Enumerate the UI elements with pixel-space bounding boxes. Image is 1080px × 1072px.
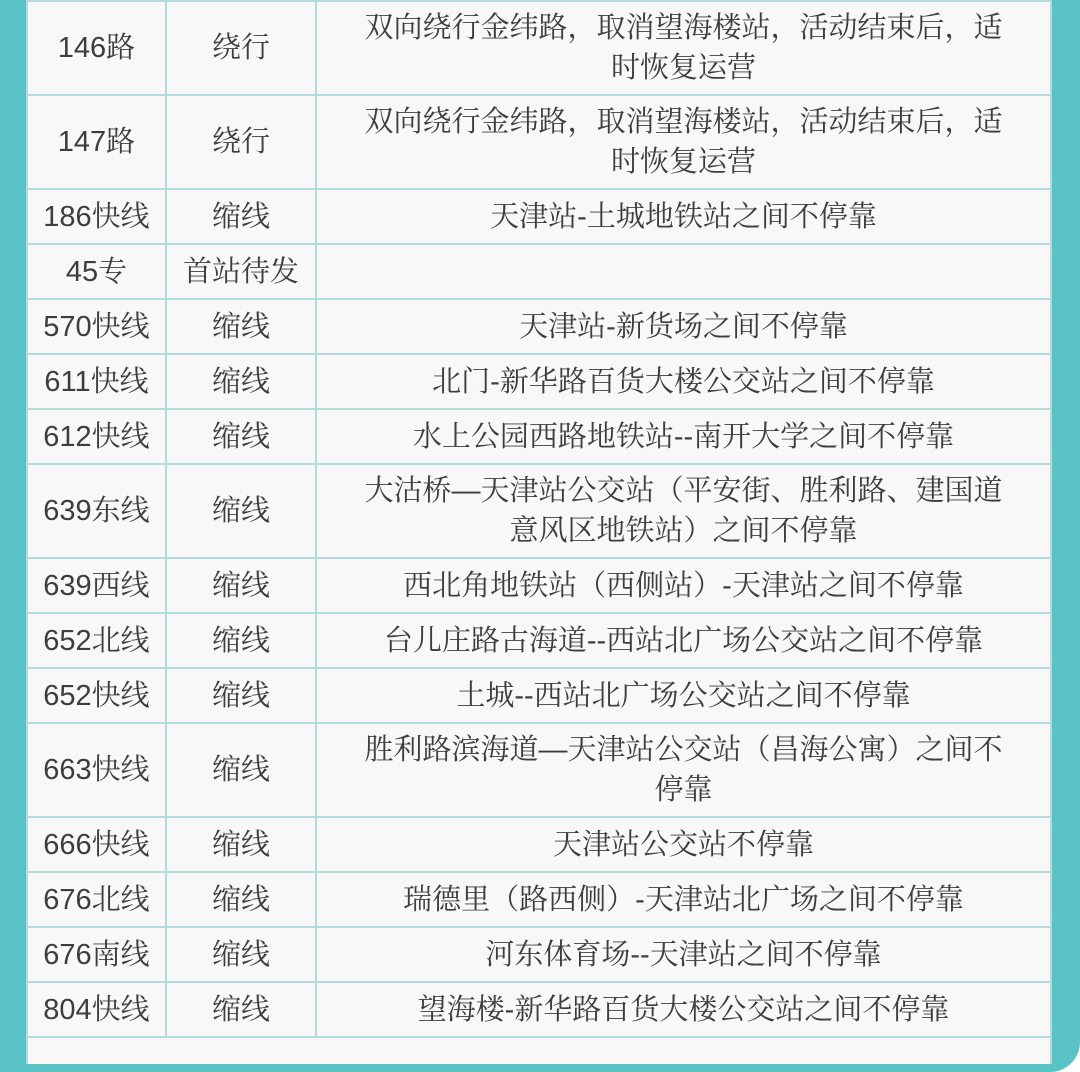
adjustment-cell: 缩线 [167,465,317,557]
description-cell: 西北角地铁站（西侧站）-天津站之间不停靠 [317,559,1050,612]
table-row: 639东线 缩线 大沽桥—天津站公交站（平安街、胜利路、建国道 意风区地铁站）之… [28,465,1050,559]
adjustment-cell: 缩线 [167,669,317,722]
adjustment-cell: 缩线 [167,724,317,816]
adjustment-cell: 缩线 [167,190,317,243]
table-row: 570快线 缩线 天津站-新货场之间不停靠 [28,300,1050,355]
description-cell: 大沽桥—天津站公交站（平安街、胜利路、建国道 意风区地铁站）之间不停靠 [317,465,1050,557]
route-cell: 639东线 [28,465,167,557]
adjustment-cell: 缩线 [167,300,317,353]
table-row: 146路 绕行 双向绕行金纬路，取消望海楼站，活动结束后，适 时恢复运营 [28,2,1050,96]
route-cell: 663快线 [28,724,167,816]
bus-route-adjustment-table: 146路 绕行 双向绕行金纬路，取消望海楼站，活动结束后，适 时恢复运营 147… [26,0,1052,1064]
adjustment-cell: 绕行 [167,96,317,188]
route-cell: 676北线 [28,873,167,926]
description-cell: 天津站公交站不停靠 [317,818,1050,871]
route-cell: 652北线 [28,614,167,667]
description-cell: 双向绕行金纬路，取消望海楼站，活动结束后，适 时恢复运营 [317,96,1050,188]
adjustment-cell: 缩线 [167,614,317,667]
adjustment-cell: 缩线 [167,928,317,981]
route-cell: 147路 [28,96,167,188]
description-cell: 天津站-土城地铁站之间不停靠 [317,190,1050,243]
table-row: 639西线 缩线 西北角地铁站（西侧站）-天津站之间不停靠 [28,559,1050,614]
table-row: 186快线 缩线 天津站-土城地铁站之间不停靠 [28,190,1050,245]
table-row: 147路 绕行 双向绕行金纬路，取消望海楼站，活动结束后，适 时恢复运营 [28,96,1050,190]
description-cell: 水上公园西路地铁站--南开大学之间不停靠 [317,410,1050,463]
adjustment-cell: 缩线 [167,983,317,1036]
adjustment-cell: 缩线 [167,818,317,871]
table-row: 666快线 缩线 天津站公交站不停靠 [28,818,1050,873]
route-cell: 186快线 [28,190,167,243]
route-cell: 611快线 [28,355,167,408]
description-cell: 双向绕行金纬路，取消望海楼站，活动结束后，适 时恢复运营 [317,2,1050,94]
route-cell: 676南线 [28,928,167,981]
table-row: 611快线 缩线 北门-新华路百货大楼公交站之间不停靠 [28,355,1050,410]
notice-page: 146路 绕行 双向绕行金纬路，取消望海楼站，活动结束后，适 时恢复运营 147… [0,0,1080,1072]
route-cell: 666快线 [28,818,167,871]
table-row: 676南线 缩线 河东体育场--天津站之间不停靠 [28,928,1050,983]
table-row: 45专 首站待发 [28,245,1050,300]
description-cell: 瑞德里（路西侧）-天津站北广场之间不停靠 [317,873,1050,926]
route-cell: 570快线 [28,300,167,353]
adjustment-cell: 缩线 [167,410,317,463]
description-cell: 望海楼-新华路百货大楼公交站之间不停靠 [317,983,1050,1036]
route-cell: 146路 [28,2,167,94]
route-cell: 45专 [28,245,167,298]
route-cell: 639西线 [28,559,167,612]
table-row: 676北线 缩线 瑞德里（路西侧）-天津站北广场之间不停靠 [28,873,1050,928]
adjustment-cell: 首站待发 [167,245,317,298]
adjustment-cell: 缩线 [167,873,317,926]
description-cell: 土城--西站北广场公交站之间不停靠 [317,669,1050,722]
description-cell [317,245,1050,298]
route-cell: 652快线 [28,669,167,722]
table-row: 663快线 缩线 胜利路滨海道—天津站公交站（昌海公寓）之间不 停靠 [28,724,1050,818]
adjustment-cell: 缩线 [167,559,317,612]
table-row: 804快线 缩线 望海楼-新华路百货大楼公交站之间不停靠 [28,983,1050,1038]
route-cell: 804快线 [28,983,167,1036]
route-cell: 612快线 [28,410,167,463]
table-row: 612快线 缩线 水上公园西路地铁站--南开大学之间不停靠 [28,410,1050,465]
adjustment-cell: 绕行 [167,2,317,94]
table-row: 652快线 缩线 土城--西站北广场公交站之间不停靠 [28,669,1050,724]
description-cell: 河东体育场--天津站之间不停靠 [317,928,1050,981]
description-cell: 台儿庄路古海道--西站北广场公交站之间不停靠 [317,614,1050,667]
adjustment-cell: 缩线 [167,355,317,408]
table-row: 652北线 缩线 台儿庄路古海道--西站北广场公交站之间不停靠 [28,614,1050,669]
description-cell: 胜利路滨海道—天津站公交站（昌海公寓）之间不 停靠 [317,724,1050,816]
description-cell: 天津站-新货场之间不停靠 [317,300,1050,353]
description-cell: 北门-新华路百货大楼公交站之间不停靠 [317,355,1050,408]
